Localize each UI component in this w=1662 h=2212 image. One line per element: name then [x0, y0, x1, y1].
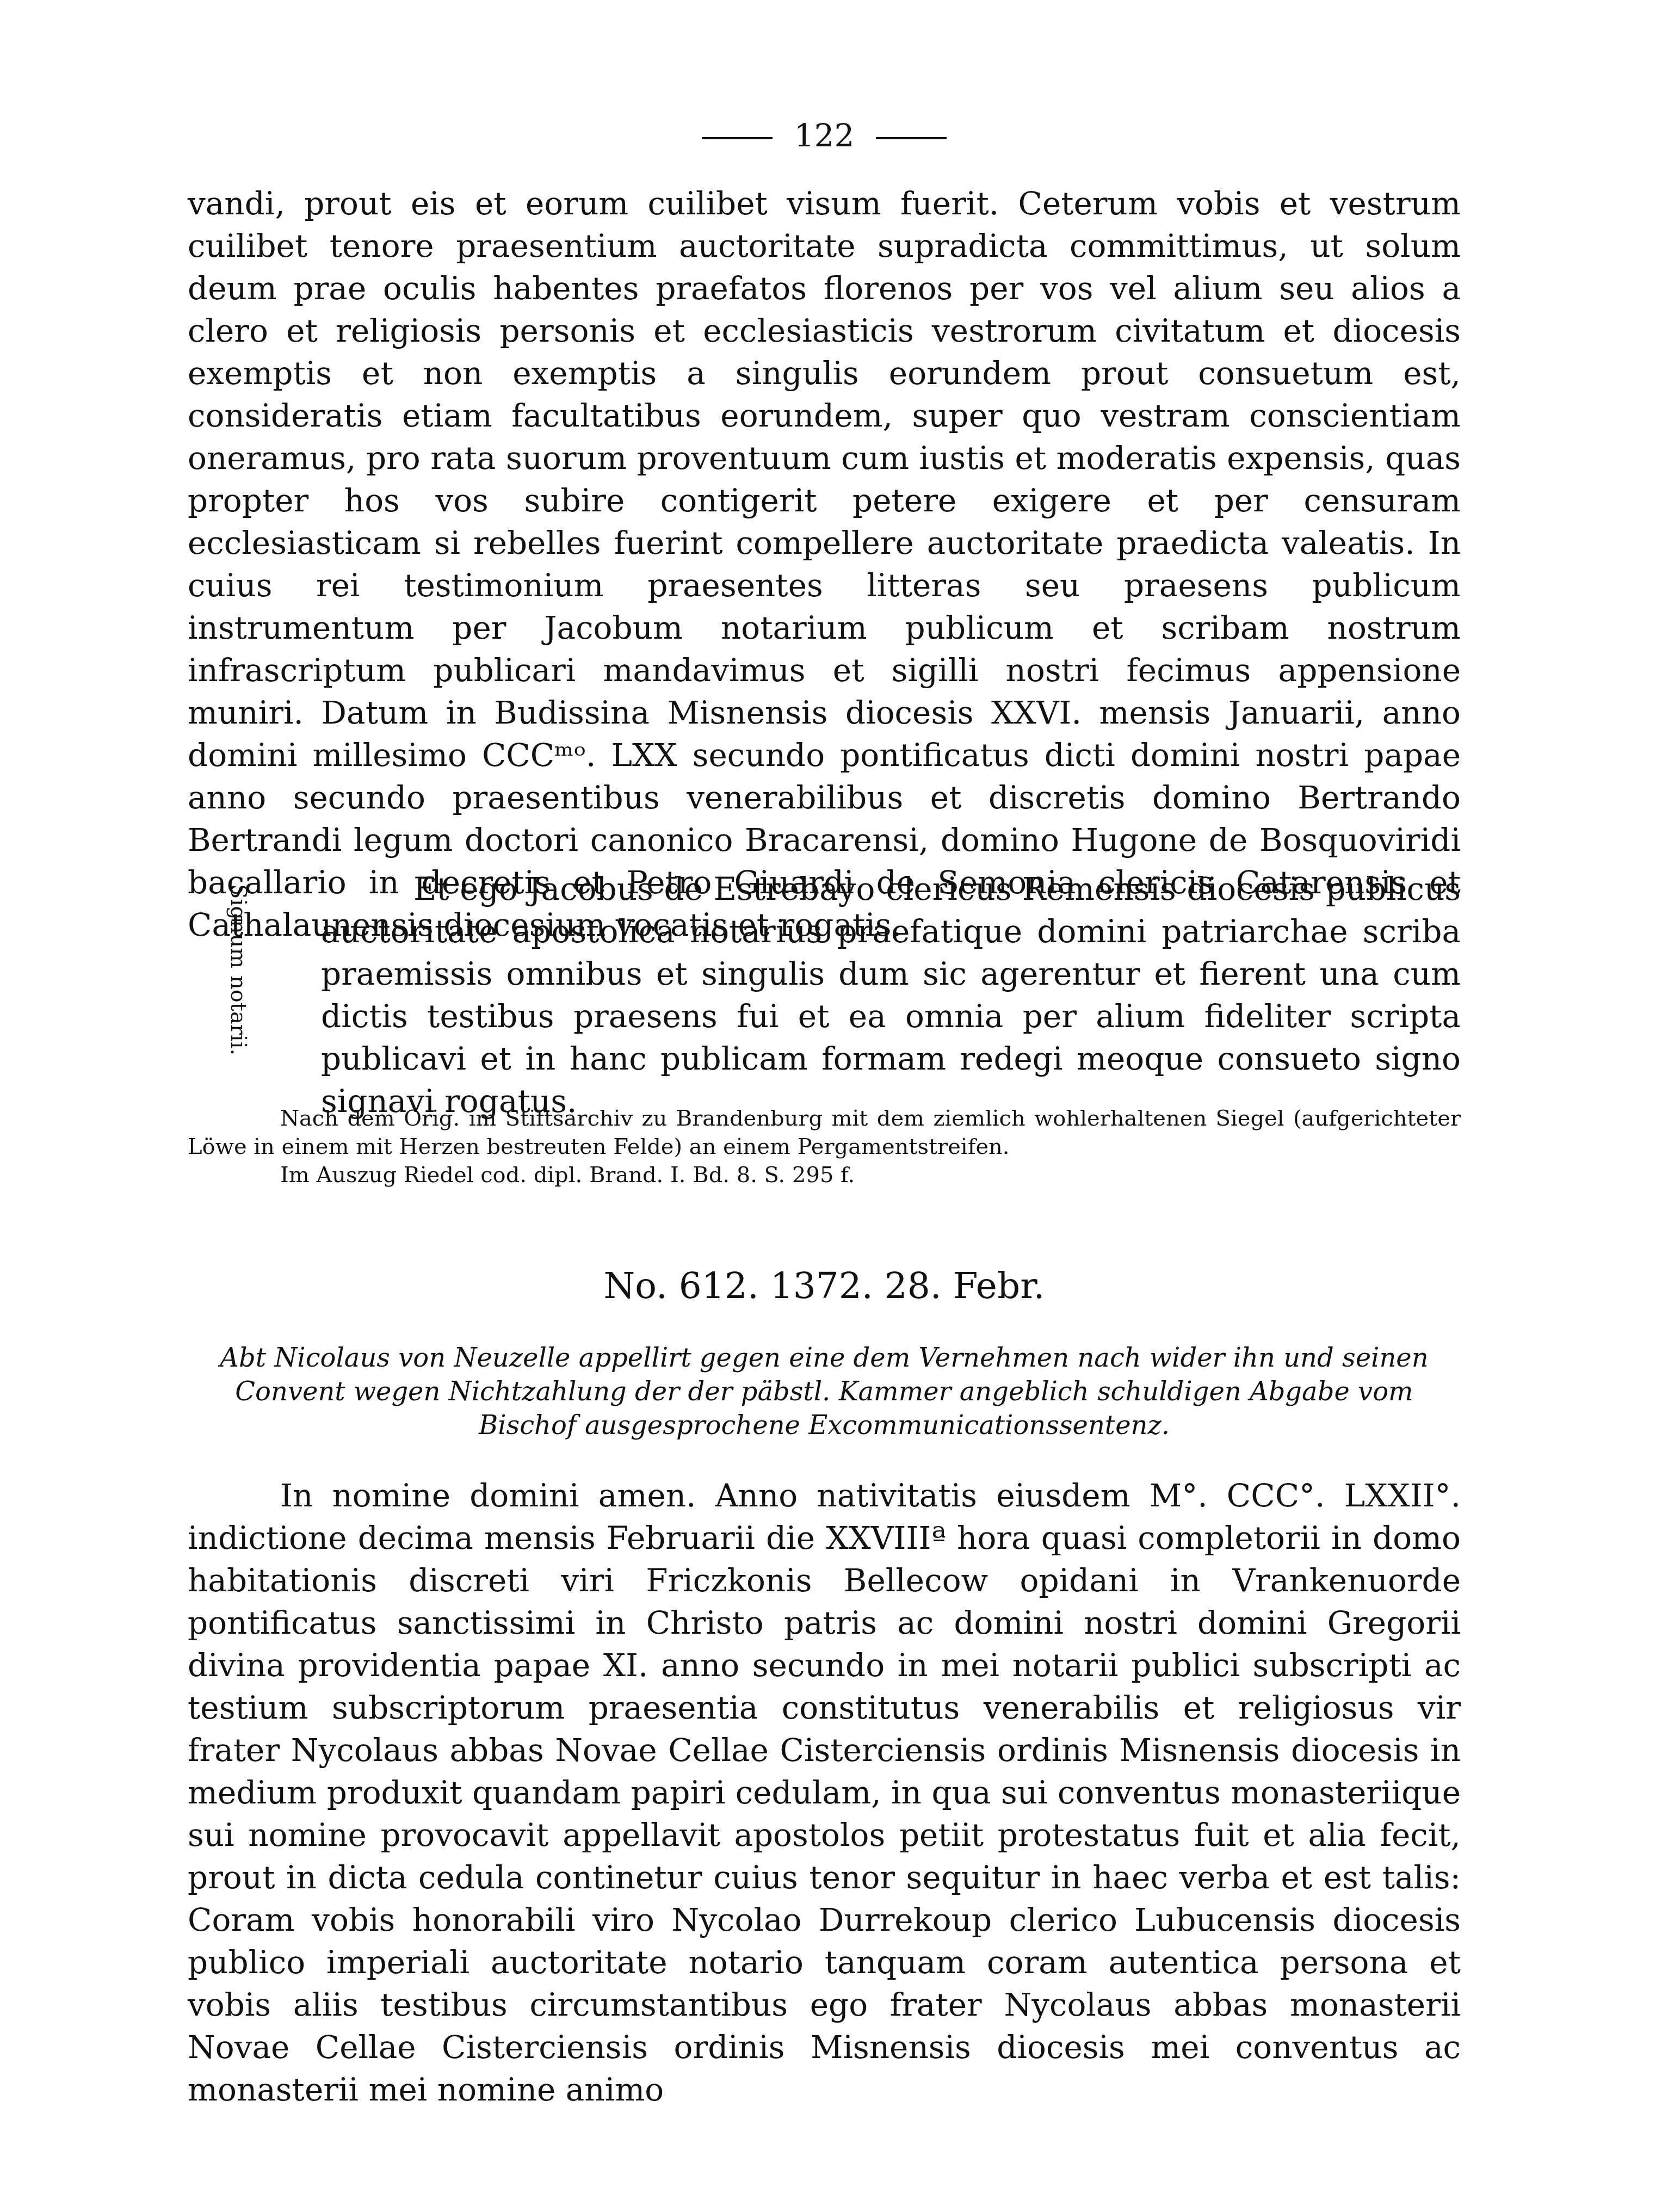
- notary-subscription: Signum notarii. Et ego Jacobus de Estreb…: [188, 868, 1461, 1122]
- document-heading: No. 612. 1372. 28. Febr.: [188, 1265, 1461, 1307]
- source-note: Nach dem Orig. im Stiftsarchiv zu Brande…: [188, 1104, 1461, 1161]
- notary-paragraph: Et ego Jacobus de Estrebayo clericus Rem…: [321, 868, 1461, 1122]
- rule-left: [702, 137, 773, 139]
- signum-notarii-label: Signum notarii.: [226, 884, 251, 1055]
- continued-text: vandi, prout eis et eorum cuilibet visum…: [188, 182, 1461, 946]
- source-notes: Nach dem Orig. im Stiftsarchiv zu Brande…: [188, 1104, 1461, 1189]
- page-number: 122: [188, 117, 1461, 154]
- document-paragraph: In nomine domini amen. Anno nativitatis …: [188, 1474, 1461, 2111]
- source-note: Im Auszug Riedel cod. dipl. Brand. I. Bd…: [188, 1161, 1461, 1189]
- document-summary: Abt Nicolaus von Neuzelle appellirt gege…: [188, 1341, 1461, 1442]
- document-text: In nomine domini amen. Anno nativitatis …: [188, 1474, 1461, 2111]
- continued-paragraph: vandi, prout eis et eorum cuilibet visum…: [188, 182, 1461, 946]
- rule-right: [876, 137, 947, 139]
